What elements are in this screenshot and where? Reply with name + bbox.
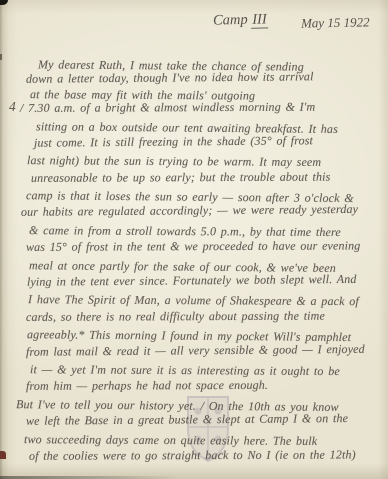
letter-heading: Camp III May 15 1922 <box>0 0 388 40</box>
letter-line: last night) but the sun is trying to be … <box>0 153 388 171</box>
letter-scan: Camp III May 15 1922 4 My dearest Ruth, … <box>0 0 388 479</box>
camp-label: Camp <box>213 12 248 29</box>
letter-line: we left the Base in a great bustle & sle… <box>0 410 388 429</box>
letter-line: I have The Spirit of Man, a volume of Sh… <box>0 292 388 310</box>
letter-line: of the coolies were to go straight back … <box>0 447 388 464</box>
letter-line: lying in the tent ever since. Fortunatel… <box>0 271 388 290</box>
letter-line: cards, so there is no real difficulty ab… <box>0 308 388 325</box>
letter-line: down a letter today, though I've no idea… <box>0 68 388 87</box>
camp-heading: Camp III <box>213 11 268 29</box>
letter-line: just come. It is still freezing in the s… <box>0 132 388 151</box>
letter-line: / 7.30 a.m. of a bright & almost windles… <box>0 99 388 116</box>
letter-date: May 15 1922 <box>301 14 370 31</box>
letter-line: was 15° of frost in the tent & we procee… <box>0 238 388 255</box>
letter-line: from him — perhaps he had not space enou… <box>0 377 388 394</box>
letter-line: from last mail & read it — all very sens… <box>0 341 388 360</box>
letter-line: our habits are regulated accordingly; — … <box>0 201 388 220</box>
letter-line: unreasonable to be up so early; but the … <box>0 169 388 186</box>
camp-numeral: III <box>251 11 268 28</box>
